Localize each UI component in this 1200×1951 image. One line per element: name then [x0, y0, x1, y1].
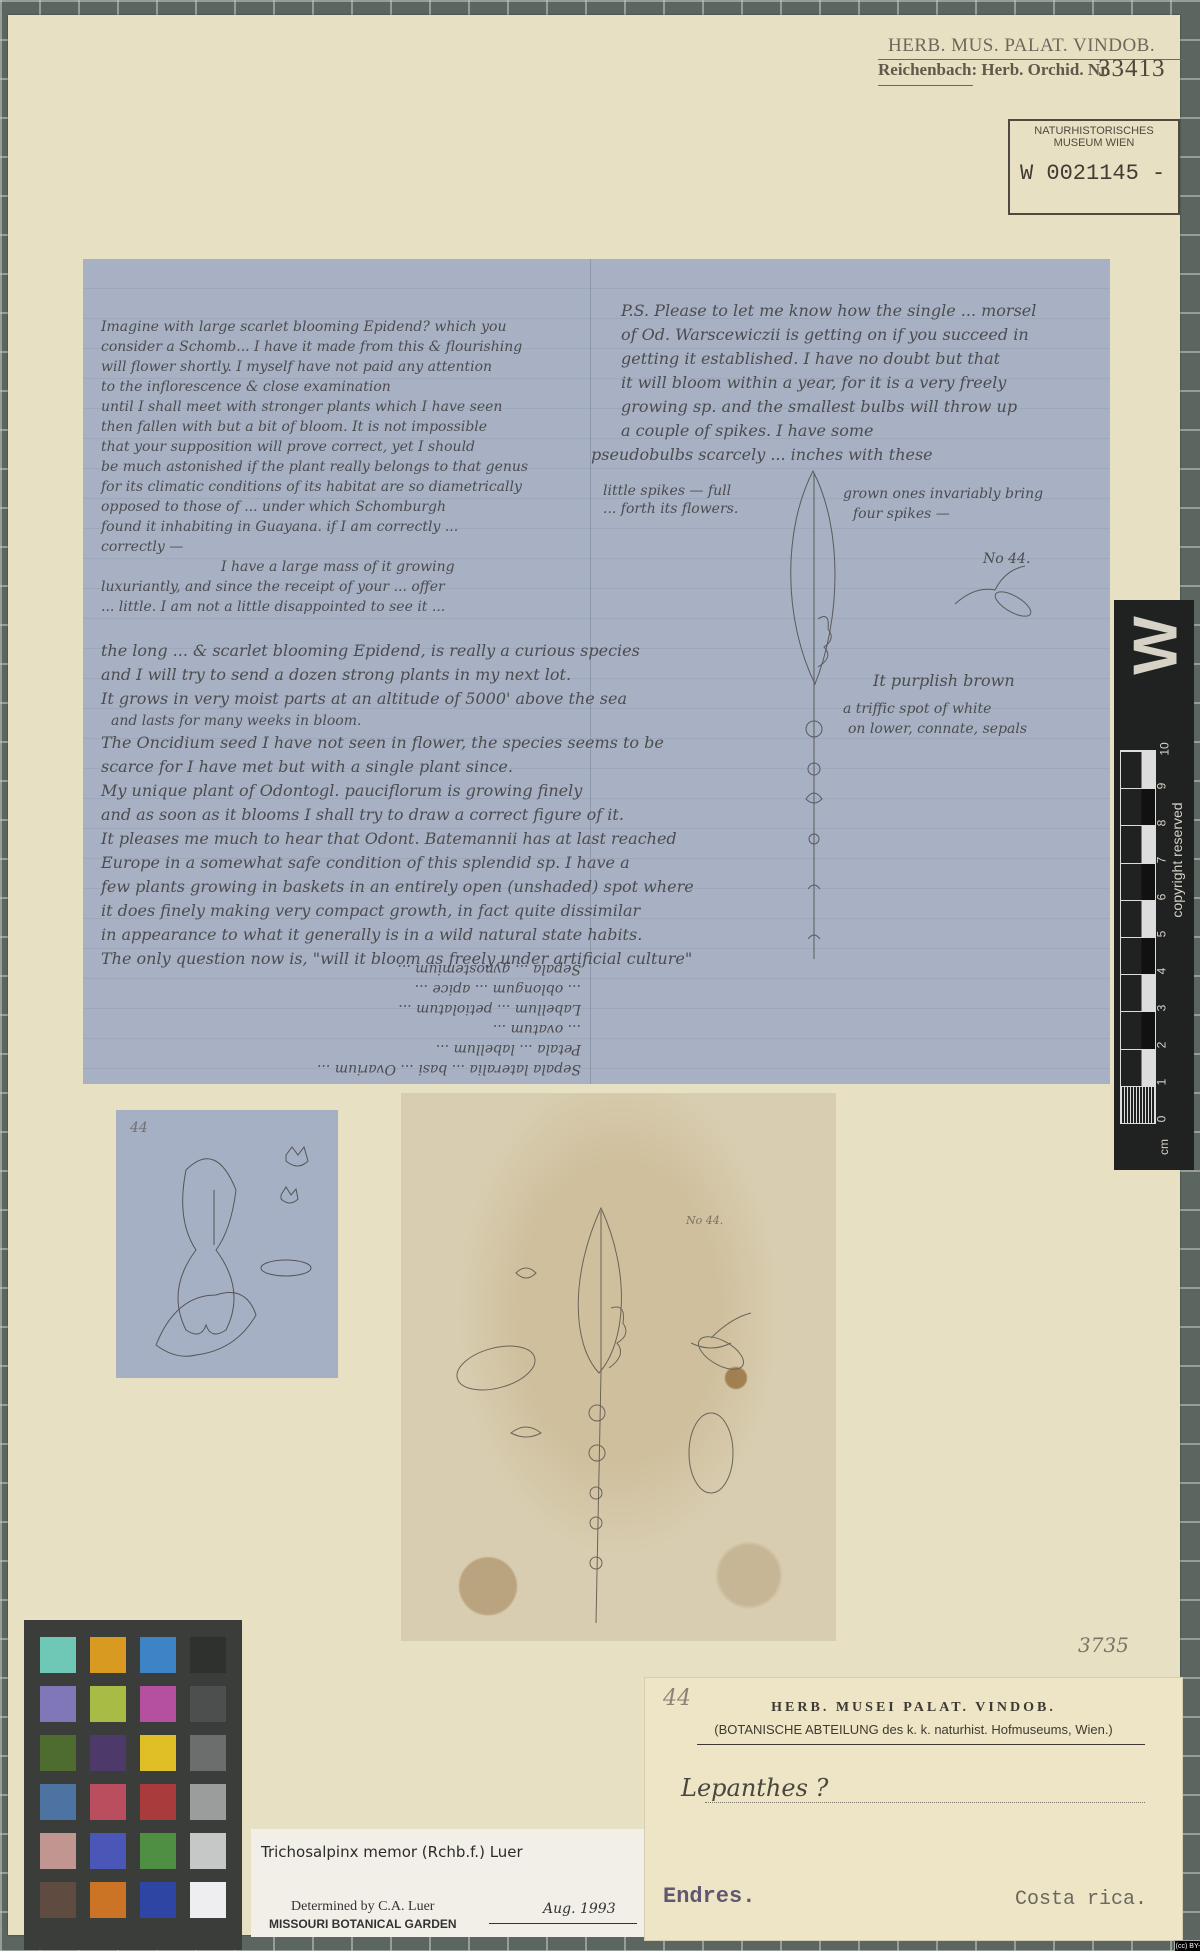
letter-line: little spikes — full	[603, 481, 731, 501]
label-dotted-line	[705, 1802, 1145, 1803]
tick-label: 7	[1154, 857, 1168, 864]
letter-right-page: P.S. Please to let me know how the singl…	[621, 299, 1036, 467]
letter-line: and I will try to send a dozen strong pl…	[101, 663, 694, 687]
taxon-name: Trichosalpinx memor (Rchb.f.) Luer	[261, 1843, 523, 1861]
color-swatch	[140, 1637, 176, 1673]
sketch-card-large: No 44.	[401, 1093, 836, 1641]
barcode-id: W 0021145 -	[1020, 161, 1165, 186]
tick-label: 1	[1154, 1079, 1168, 1086]
color-swatch	[190, 1637, 226, 1673]
color-swatch	[140, 1784, 176, 1820]
letter-line: opposed to those of ... under which Scho…	[101, 497, 528, 517]
color-swatch	[190, 1735, 226, 1771]
letter-line: ... forth its flowers.	[603, 499, 738, 519]
date-rule	[489, 1923, 637, 1924]
letter-line: of Od. Warscewiczii is getting on if you…	[621, 323, 1036, 347]
tick-label: 3	[1154, 1005, 1168, 1012]
letter-line: I have a large mass of it growing	[101, 557, 528, 577]
color-swatch	[90, 1784, 126, 1820]
letter-line: to the inflorescence & close examination	[101, 377, 528, 397]
label-department: (BOTANISCHE ABTEILUNG des k. k. naturhis…	[645, 1722, 1182, 1737]
letter-line: luxuriantly, and since the receipt of yo…	[101, 577, 528, 597]
letter-line: and as soon as it blooms I shall try to …	[101, 803, 694, 827]
color-swatch	[40, 1833, 76, 1869]
museum-stamp: NATURHISTORISCHES MUSEUM WIEN W 0021145 …	[1008, 119, 1180, 215]
letter-left-page-lower: the long ... & scarlet blooming Epidend,…	[101, 639, 694, 971]
color-swatch	[40, 1882, 76, 1918]
color-swatch	[190, 1882, 226, 1918]
color-swatch	[190, 1686, 226, 1722]
letter-line: in appearance to what it generally is in…	[101, 923, 694, 947]
tick-label: 8	[1154, 820, 1168, 827]
label-rule	[697, 1744, 1145, 1745]
color-swatch	[90, 1882, 126, 1918]
determination-date: Aug. 1993	[543, 1901, 616, 1917]
letter-line: it will bloom within a year, for it is a…	[621, 371, 1036, 395]
letter-document: Imagine with large scarlet blooming Epid…	[83, 259, 1110, 1084]
letter-line: growing sp. and the smallest bulbs will …	[621, 395, 1036, 419]
letter-line: then fallen with but a bit of bloom. It …	[101, 417, 528, 437]
pencil-catalog-number: 3735	[1078, 1633, 1129, 1657]
letter-line: consider a Schomb... I have it made from…	[101, 337, 528, 357]
header-collection-number: 33413	[1098, 55, 1166, 83]
letter-line: It pleases me much to hear that Odont. B…	[101, 827, 694, 851]
letter-line: My unique plant of Odontogl. pauciflorum…	[101, 779, 694, 803]
letter-line: ... oblongum ... apice ...	[101, 979, 581, 999]
letter-line: getting it established. I have no doubt …	[621, 347, 1036, 371]
letter-line: be much astonished if the plant really b…	[101, 457, 528, 477]
tick-label: 0	[1154, 1116, 1168, 1123]
color-swatch	[190, 1784, 226, 1820]
letter-line: The Oncidium seed I have not seen in flo…	[101, 731, 694, 755]
color-swatch	[190, 1833, 226, 1869]
color-swatch	[40, 1637, 76, 1673]
label-collector: Endres.	[663, 1884, 755, 1909]
letter-line: it does finely making very compact growt…	[101, 899, 694, 923]
letter-line: found it inhabiting in Guayana. if I am …	[101, 517, 528, 537]
determined-by: Determined by C.A. Luer	[291, 1899, 434, 1915]
flower-dissection-drawing	[116, 1110, 338, 1378]
letter-line: P.S. Please to let me know how the singl…	[621, 299, 1036, 323]
unit-label: cm	[1157, 1139, 1171, 1155]
color-swatch	[140, 1686, 176, 1722]
determination-label: Trichosalpinx memor (Rchb.f.) Luer Deter…	[251, 1829, 646, 1937]
letter-line: ... ovatum ...	[101, 1019, 581, 1039]
letter-line: few plants growing in baskets in an enti…	[101, 875, 694, 899]
tick-label: 9	[1154, 783, 1168, 790]
orchid-plant-drawing	[401, 1093, 836, 1641]
letter-left-page: Imagine with large scarlet blooming Epid…	[101, 317, 528, 617]
letter-line: will flower shortly. I myself have not p…	[101, 357, 528, 377]
letter-line: Petala ... labellum ...	[101, 1039, 581, 1059]
letter-line: correctly —	[101, 537, 528, 557]
letter-inverted-note: Sepala lateralia ... basi ... Ovarium ..…	[101, 959, 581, 1079]
determination-institution: MISSOURI BOTANICAL GARDEN	[269, 1917, 457, 1931]
header-collection-rule	[878, 85, 973, 86]
letter-line: until I shall meet with stronger plants …	[101, 397, 528, 417]
color-swatch	[90, 1686, 126, 1722]
flower-side-drawing	[953, 564, 1043, 624]
stamp-line2: MUSEUM WIEN	[1010, 137, 1178, 149]
sketch-card-small: 44	[116, 1110, 338, 1378]
color-swatch	[140, 1882, 176, 1918]
color-swatch	[140, 1735, 176, 1771]
letter-line: a couple of spikes. I have some	[621, 419, 1036, 443]
header-institution: HERB. MUS. PALAT. VINDOB.	[888, 35, 1155, 57]
letter-line: that your supposition will prove correct…	[101, 437, 528, 457]
letter-line: scarce for I have met but with a single …	[101, 755, 694, 779]
copyright-text: copyright reserved	[1169, 765, 1185, 955]
tick-label: 10	[1158, 742, 1172, 755]
herbarium-sheet: HERB. MUS. PALAT. VINDOB. Reichenbach: H…	[8, 15, 1180, 1935]
color-swatch	[140, 1833, 176, 1869]
letter-line: ... little. I am not a little disappoint…	[101, 597, 528, 617]
header-collection-line: Reichenbach: Herb. Orchid. Nr.	[878, 60, 1110, 80]
tick-label: 4	[1154, 968, 1168, 975]
color-swatch	[40, 1686, 76, 1722]
label-locality: Costa rica.	[1015, 1888, 1147, 1911]
letter-line: Imagine with large scarlet blooming Epid…	[101, 317, 528, 337]
license-badge: (cc) BY-SA	[1174, 1940, 1200, 1951]
letter-line: Sepala ... gynostemium ...	[101, 959, 581, 979]
tick-label: 6	[1154, 894, 1168, 901]
letter-line: for its climatic conditions of its habit…	[101, 477, 528, 497]
letter-line: Europe in a somewhat safe condition of t…	[101, 851, 694, 875]
stamp-line1: NATURHISTORISCHES	[1010, 125, 1178, 137]
label-genus: Lepanthes ?	[681, 1774, 828, 1802]
letter-line: Labellum ... petiolatum ...	[101, 999, 581, 1019]
color-swatch	[40, 1784, 76, 1820]
letter-line: pseudobulbs scarcely ... inches with the…	[591, 443, 1036, 467]
tick-label: 2	[1154, 1042, 1168, 1049]
color-swatch	[90, 1833, 126, 1869]
color-swatch	[40, 1735, 76, 1771]
label-institution: HERB. MUSEI PALAT. VINDOB.	[645, 1700, 1182, 1716]
color-swatch	[90, 1735, 126, 1771]
letter-line: It grows in very moist parts at an altit…	[101, 687, 694, 711]
color-swatch	[90, 1637, 126, 1673]
letter-line: the long ... & scarlet blooming Epidend,…	[101, 639, 694, 663]
tick-label: 5	[1154, 931, 1168, 938]
orchid-plant-drawing	[773, 469, 903, 969]
letter-line: Sepala lateralia ... basi ... Ovarium ..…	[101, 1059, 581, 1079]
scale-bar: W copyright reserved 0 1 2 3 4 5 6 7 8 9…	[1114, 600, 1194, 1170]
herbarium-label: 44 HERB. MUSEI PALAT. VINDOB. (BOTANISCH…	[644, 1677, 1183, 1941]
letter-line: and lasts for many weeks in bloom.	[101, 711, 694, 731]
cm-scale	[1120, 750, 1156, 1124]
color-calibration-card	[24, 1620, 242, 1950]
museum-logo: W	[1121, 616, 1192, 676]
